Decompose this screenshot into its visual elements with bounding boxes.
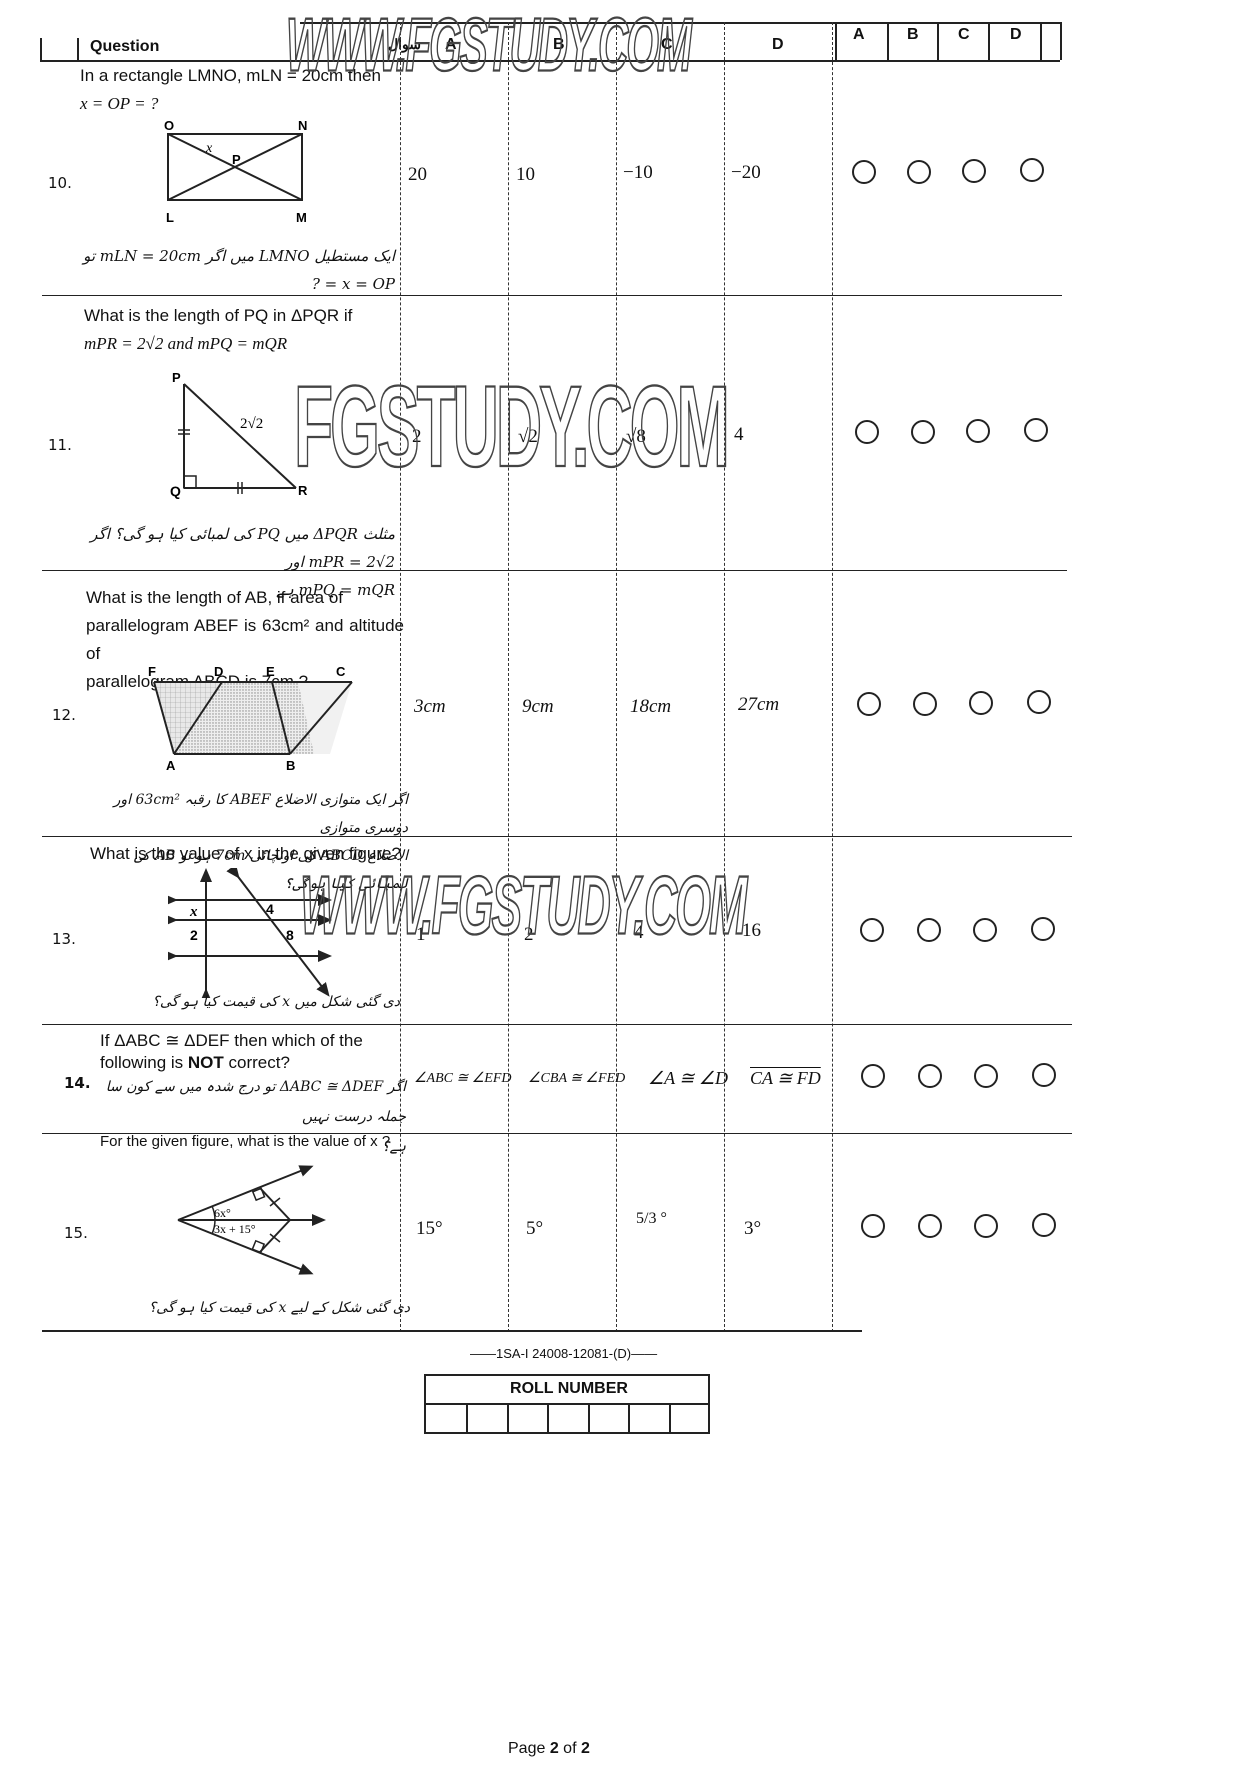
column-divider <box>508 22 509 1332</box>
bubble-d[interactable] <box>1032 1063 1056 1087</box>
roll-digit-5[interactable] <box>588 1405 630 1432</box>
svg-text:P: P <box>232 152 241 167</box>
header-option-a: A <box>445 36 457 54</box>
question-urdu: ایک مستطیل LMNO میں اگر mLN = 20cm تو x … <box>70 242 395 298</box>
question-text: What is the length of PQ in ΔPQR if mPR … <box>84 302 404 358</box>
option-c: 5/3 ° <box>636 1210 676 1228</box>
option-a: ∠ABC ≅ ∠EFD <box>414 1070 512 1087</box>
option-b: 10 <box>516 164 535 186</box>
bubble-c[interactable] <box>973 918 997 942</box>
question-number: 11. <box>48 436 72 454</box>
header-question-urdu: سوال <box>388 36 421 53</box>
bubble-c[interactable] <box>969 691 993 715</box>
header-bubble-divider <box>1040 22 1042 60</box>
header-bubble-divider <box>937 22 939 60</box>
option-b: √2 <box>518 426 538 448</box>
question-text: For the given figure, what is the value … <box>100 1128 410 1156</box>
svg-text:B: B <box>286 758 295 773</box>
roll-number-label: ROLL NUMBER <box>426 1380 712 1398</box>
svg-text:L: L <box>166 210 174 225</box>
parallel-lines-figure: x 4 2 8 <box>168 868 338 998</box>
bubble-b[interactable] <box>913 692 937 716</box>
option-d: 3° <box>744 1218 761 1240</box>
question-text: If ΔABC ≅ ΔDEF then which of the followi… <box>100 1030 404 1074</box>
option-c: 18cm <box>630 696 671 718</box>
header-option-d: D <box>772 36 784 54</box>
bubble-a[interactable] <box>855 420 879 444</box>
header-bubble-divider <box>988 22 990 60</box>
roll-digit-3[interactable] <box>507 1405 549 1432</box>
paper-code: ——1SA-I 24008-12081-(D)—— <box>470 1346 657 1361</box>
bubble-d[interactable] <box>1020 158 1044 182</box>
column-divider <box>616 22 617 1332</box>
header-divider <box>77 38 79 60</box>
watermark: FGSTUDY.COM <box>294 360 727 493</box>
svg-text:N: N <box>298 118 307 133</box>
bubble-b[interactable] <box>907 160 931 184</box>
svg-text:F: F <box>148 664 156 679</box>
svg-text:3x + 15°: 3x + 15° <box>214 1222 256 1236</box>
question-text: In a rectangle LMNO, mLN = 20cm then x =… <box>80 62 400 118</box>
header-bubble-divider <box>887 22 889 60</box>
triangle-figure: P Q R 2√2 <box>168 368 328 503</box>
bubble-b[interactable] <box>918 1214 942 1238</box>
question-urdu: دی گئی شکل میں x کی قیمت کیا ہو گی؟ <box>100 988 400 1016</box>
question-number: 12. <box>52 706 76 724</box>
roll-digit-2[interactable] <box>466 1405 508 1432</box>
option-a: 15° <box>416 1218 443 1240</box>
roll-digit-1[interactable] <box>426 1405 466 1432</box>
header-option-b: B <box>553 36 565 54</box>
table-bottom-border <box>42 1330 862 1332</box>
bubble-a[interactable] <box>861 1214 885 1238</box>
svg-text:2√2: 2√2 <box>240 416 263 432</box>
bubble-b[interactable] <box>917 918 941 942</box>
bubble-a[interactable] <box>860 918 884 942</box>
svg-text:C: C <box>336 664 346 679</box>
question-urdu: دی گئی شکل کے لیے x کی قیمت کیا ہو گی؟ <box>100 1294 410 1322</box>
option-a: 1 <box>416 924 426 946</box>
header-bubble-a: A <box>853 26 865 44</box>
bubble-c[interactable] <box>966 419 990 443</box>
column-divider <box>724 22 725 1332</box>
svg-text:O: O <box>164 118 174 133</box>
option-d: 4 <box>734 424 744 446</box>
header-right-border <box>1060 22 1062 60</box>
option-d: −20 <box>731 162 761 184</box>
bubble-a[interactable] <box>857 692 881 716</box>
header-bubble-b: B <box>907 26 919 44</box>
option-b: ∠CBA ≅ ∠FED <box>528 1070 625 1087</box>
bubble-c[interactable] <box>962 159 986 183</box>
header-left-border <box>40 38 42 60</box>
option-c: 4 <box>634 922 644 944</box>
svg-text:6x°: 6x° <box>214 1206 231 1220</box>
option-a: 3cm <box>414 696 446 718</box>
bubble-d[interactable] <box>1031 917 1055 941</box>
option-b: 9cm <box>522 696 554 718</box>
option-d: 16 <box>742 920 761 942</box>
svg-text:M: M <box>296 210 307 225</box>
bubble-a[interactable] <box>852 160 876 184</box>
svg-text:A: A <box>166 758 176 773</box>
page-indicator: Page 2 of 2 <box>508 1740 590 1758</box>
parallelogram-figure: F D E C A B <box>140 662 355 774</box>
header-option-c: C <box>661 36 673 54</box>
svg-text:Q: Q <box>170 483 181 499</box>
svg-text:P: P <box>172 370 181 385</box>
bubble-b[interactable] <box>918 1064 942 1088</box>
question-text: What is the value of x in the given figu… <box>90 840 410 868</box>
header-question: Question <box>90 38 159 56</box>
svg-text:4: 4 <box>266 901 274 917</box>
svg-text:x: x <box>189 904 198 920</box>
roll-digit-6[interactable] <box>628 1405 670 1432</box>
header-bubble-d: D <box>1010 26 1022 44</box>
question-number: 13. <box>52 930 76 948</box>
bubble-d[interactable] <box>1027 690 1051 714</box>
question-number: 10. <box>48 174 72 192</box>
svg-text:R: R <box>298 483 308 498</box>
bubble-b[interactable] <box>911 420 935 444</box>
bubble-c[interactable] <box>974 1064 998 1088</box>
bubble-a[interactable] <box>861 1064 885 1088</box>
option-c: √8 <box>626 426 646 448</box>
svg-text:E: E <box>266 664 275 679</box>
option-a: 2 <box>412 426 422 448</box>
svg-text:2: 2 <box>190 927 198 943</box>
question-number: 15. <box>64 1224 88 1242</box>
option-a: 20 <box>408 164 427 186</box>
option-d: CA ≅ FD <box>750 1068 821 1089</box>
rectangle-figure: O N L M P x <box>150 118 320 228</box>
bubble-d[interactable] <box>1024 418 1048 442</box>
svg-text:8: 8 <box>286 927 294 943</box>
svg-text:x: x <box>205 141 213 156</box>
option-b: 2 <box>524 924 534 946</box>
header-bubble-c: C <box>958 26 970 44</box>
roll-digit-7[interactable] <box>669 1405 710 1432</box>
column-divider <box>832 22 833 1332</box>
roll-number-box: ROLL NUMBER <box>424 1374 710 1434</box>
roll-digit-4[interactable] <box>547 1405 589 1432</box>
option-c: ∠A ≅ ∠D <box>648 1068 728 1089</box>
question-number: 14. <box>64 1074 91 1092</box>
option-c: −10 <box>623 162 653 184</box>
option-b: 5° <box>526 1218 543 1240</box>
row-separator <box>42 1024 1072 1025</box>
header-bubble-divider <box>835 22 837 60</box>
svg-text:D: D <box>214 664 223 679</box>
option-d: 27cm <box>738 694 779 716</box>
bubble-d[interactable] <box>1032 1213 1056 1237</box>
bubble-c[interactable] <box>974 1214 998 1238</box>
header-top-border <box>300 22 1060 24</box>
angle-figure: 6x° 3x + 15° <box>170 1160 330 1290</box>
